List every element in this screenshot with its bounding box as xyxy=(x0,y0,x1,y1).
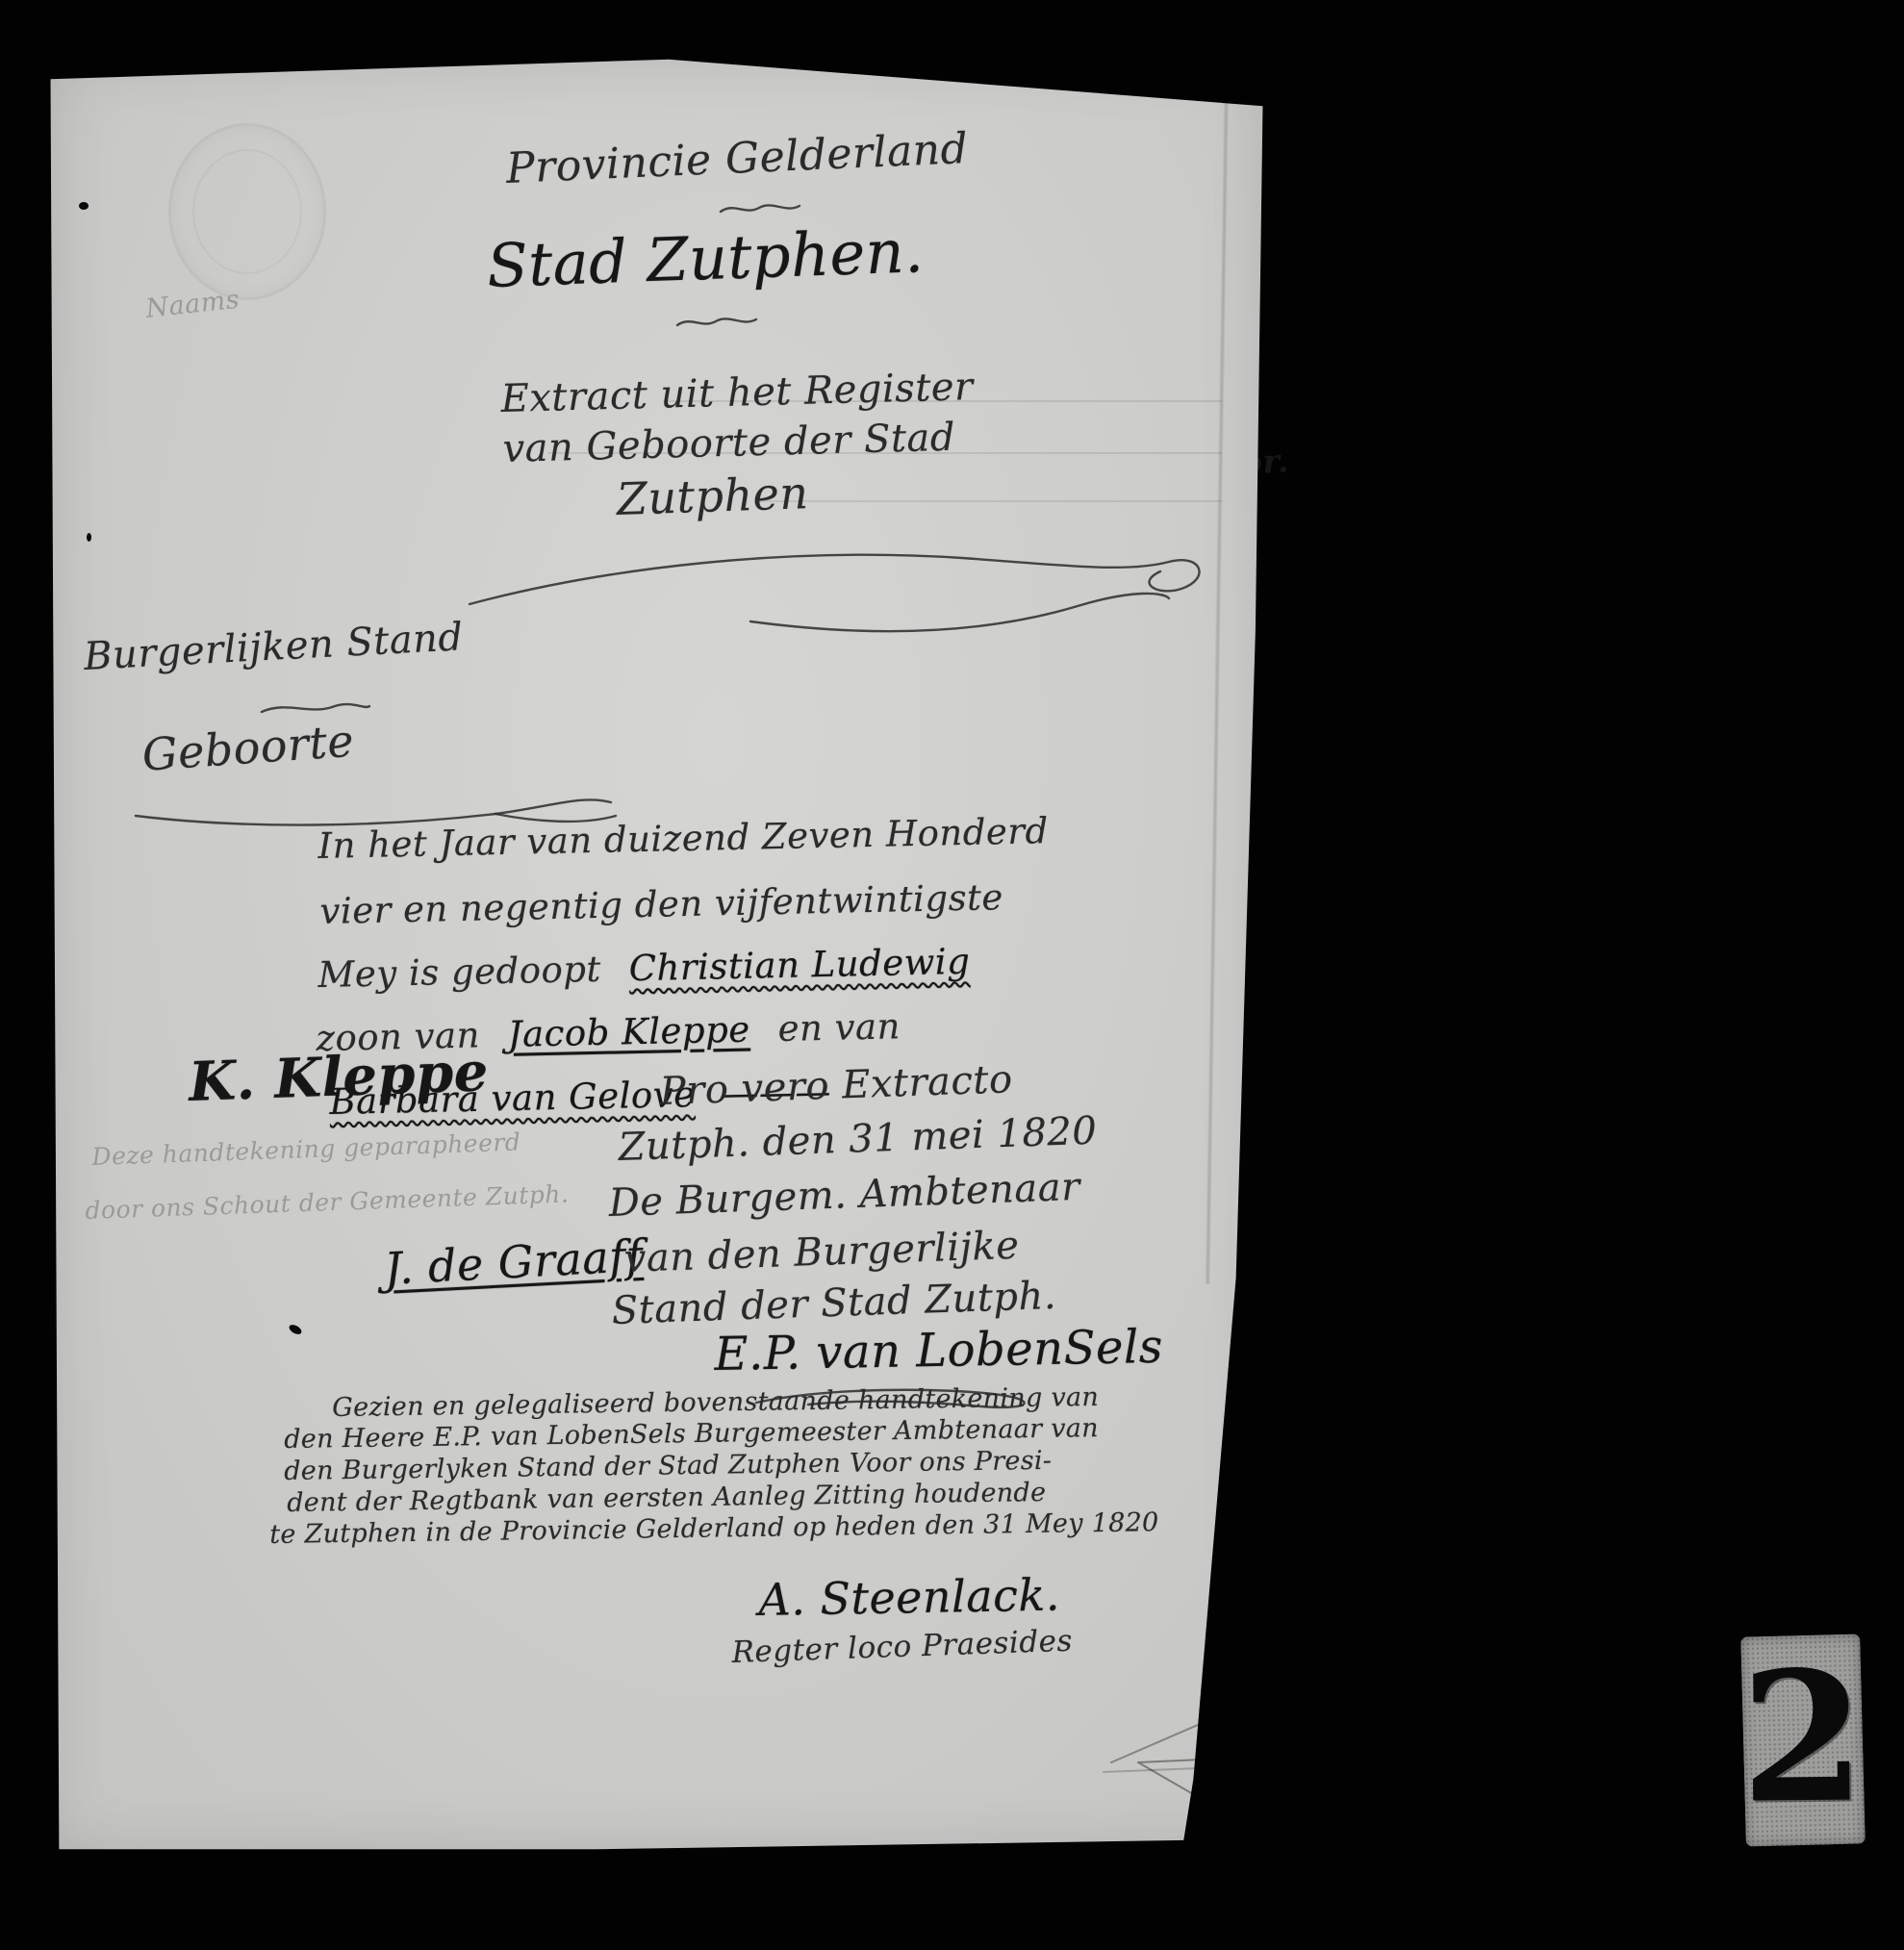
judge-title: Regter loco Praesides xyxy=(731,1624,1073,1670)
title-flourish xyxy=(462,529,1222,640)
province-heading: Provincie Gelderland xyxy=(505,124,969,193)
official-signature: E.P. van LobenSels xyxy=(714,1320,1163,1381)
body-line-3-text: Mey is gedoopt xyxy=(317,949,601,996)
attestation-line-2: Zutph. den 31 mei 1820 xyxy=(618,1109,1098,1170)
attestation-line-4: van den Burgerlijke xyxy=(623,1224,1020,1281)
heading-squiggle xyxy=(673,314,760,331)
attestation-line-1: Pro vero Extracto xyxy=(659,1057,1013,1114)
extract-title-line-3: Zutphen xyxy=(616,467,809,525)
city-heading: Stad Zutphen. xyxy=(486,215,925,301)
extract-title-line-1: Extract uit het Register xyxy=(500,365,974,421)
margin-heading-birth: Geboorte xyxy=(140,715,356,781)
ink-speck xyxy=(288,1323,303,1336)
heading-squiggle xyxy=(717,200,803,217)
body-line-2: vier en negentig den vijfentwintigste xyxy=(319,876,1003,932)
guide-line xyxy=(760,500,1222,502)
scan-background: or. Naams Provincie Gelderland Stad Zutp… xyxy=(0,0,1904,1950)
embossed-seal xyxy=(168,123,326,300)
extract-title-line-2: van Geboorte der Stad xyxy=(502,416,955,471)
margin-heading-civil-status: Burgerlijken Stand xyxy=(83,615,465,679)
fold-shadow xyxy=(1205,87,1230,1284)
ink-speck xyxy=(87,533,91,542)
body-line-3: Mey is gedoopt Christian Ludewig xyxy=(317,941,971,996)
father-signature: K. Kleppe xyxy=(188,1040,490,1114)
judge-signature: A. Steenlack. xyxy=(758,1569,1060,1626)
pencil-annotation: Naams xyxy=(144,285,241,324)
attestation-line-3: De Burgem. Ambtenaar xyxy=(608,1165,1080,1226)
marginal-note-line-1: Deze handtekening geparapheerd xyxy=(91,1127,521,1171)
body-line-4-text-2: en van xyxy=(777,1005,901,1050)
schout-signature: J. de Graaff xyxy=(383,1229,645,1295)
embossed-seal-inner xyxy=(192,149,302,274)
father-name: Jacob Kleppe xyxy=(507,1009,750,1055)
archive-label-number: 2 xyxy=(1742,1631,1864,1841)
archive-label-card: 2 xyxy=(1740,1633,1866,1846)
corner-crease xyxy=(1102,1703,1284,1809)
ink-speck xyxy=(79,202,89,210)
marginal-note-line-2: door ons Schout der Gemeente Zutph. xyxy=(85,1179,570,1225)
child-name: Christian Ludewig xyxy=(628,941,970,989)
document-paper: Naams Provincie Gelderland Stad Zutphen.… xyxy=(48,56,1265,1853)
margin-squiggle xyxy=(258,698,373,718)
